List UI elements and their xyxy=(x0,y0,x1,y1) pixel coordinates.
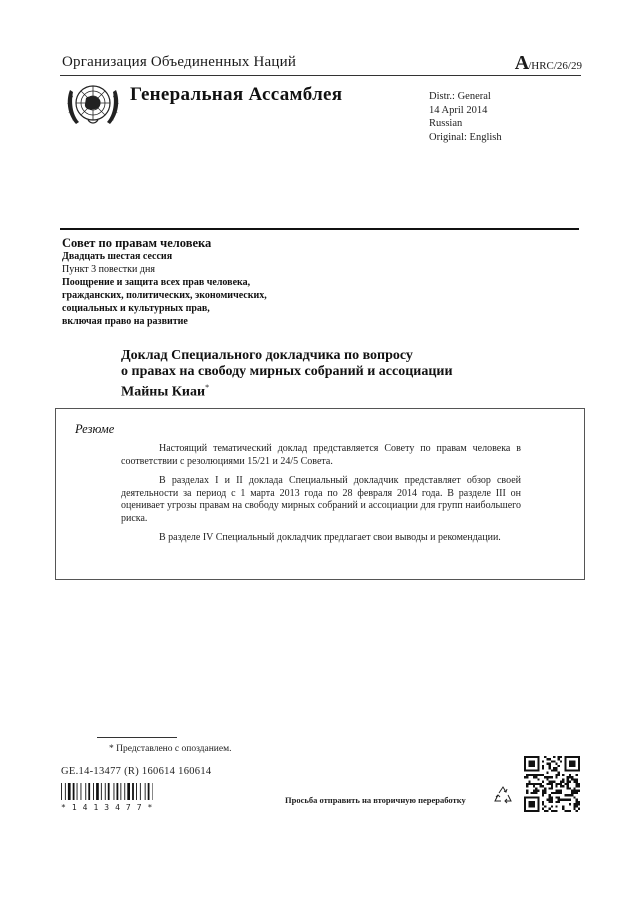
section-rule xyxy=(60,228,579,230)
barcode-text: *1413477* xyxy=(61,803,158,812)
report-title: Доклад Специального докладчика по вопрос… xyxy=(121,348,453,401)
council-name: Совет по правам человека xyxy=(62,237,267,250)
general-assembly-title: Генеральная Ассамблея xyxy=(130,84,342,106)
document-symbol: A/HRC/26/29 xyxy=(515,52,582,75)
footnote-rule xyxy=(97,737,177,738)
footnote-marker[interactable]: * xyxy=(205,383,209,392)
distribution-block: Distr.: General 14 April 2014 Russian Or… xyxy=(429,90,502,144)
agenda-item: Пункт 3 повестки дня xyxy=(62,263,267,276)
summary-heading: Резюме xyxy=(75,422,114,437)
report-title-line: о правах на свободу мирных собраний и ас… xyxy=(121,364,453,380)
session-name: Двадцать шестая сессия xyxy=(62,250,267,263)
distribution-type: Distr.: General xyxy=(429,90,502,104)
report-title-line: Доклад Специального докладчика по вопрос… xyxy=(121,348,453,364)
report-title-line: Майны Киаи xyxy=(121,385,205,400)
footnote-text: * Представлено с опозданием. xyxy=(109,744,231,754)
summary-box: Резюме Настоящий тематический доклад пре… xyxy=(55,408,585,580)
original-language: Original: English xyxy=(429,131,502,145)
agenda-line: включая право на развитие xyxy=(62,315,267,328)
summary-paragraph: Настоящий тематический доклад представля… xyxy=(121,443,521,468)
council-block: Совет по правам человека Двадцать шестая… xyxy=(62,237,267,328)
barcode-icon xyxy=(61,783,153,805)
recycle-text: Просьба отправить на вторичную переработ… xyxy=(285,795,466,805)
summary-paragraph: В разделе IV Специальный докладчик предл… xyxy=(121,532,521,545)
agenda-line: гражданских, политических, экономических… xyxy=(62,289,267,302)
symbol-prefix: A xyxy=(515,52,528,74)
summary-paragraph: В разделах I и II доклада Специальный до… xyxy=(121,475,521,525)
header-rule xyxy=(60,75,581,76)
qr-code-icon xyxy=(524,756,580,812)
organization-name: Организация Объединенных Наций xyxy=(62,54,296,71)
summary-body: Настоящий тематический доклад представля… xyxy=(121,443,521,552)
document-number: GE.14-13477 (R) 160614 160614 xyxy=(61,766,211,777)
agenda-line: социальных и культурных прав, xyxy=(62,302,267,315)
recycle-icon xyxy=(492,784,514,806)
symbol-rest: /HRC/26/29 xyxy=(528,60,582,72)
un-emblem-icon xyxy=(64,80,122,130)
agenda-line: Поощрение и защита всех прав человека, xyxy=(62,276,267,289)
distribution-language: Russian xyxy=(429,117,502,131)
distribution-date: 14 April 2014 xyxy=(429,104,502,118)
